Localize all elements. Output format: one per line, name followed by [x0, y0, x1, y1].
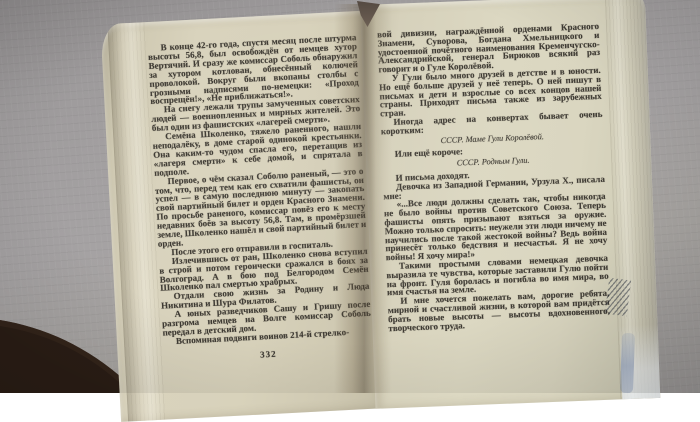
blue-ink-smudge: [620, 333, 635, 393]
open-book: В конце 42-го года, спустя месяц после ш…: [0, 0, 700, 393]
right-page: вой дивизии, награждённой орденами Красн…: [360, 0, 660, 393]
photo-scene: В конце 42-го года, спустя месяц после ш…: [0, 0, 700, 393]
pen-scribbles: [605, 278, 631, 316]
right-page-text: вой дивизии, награждённой орденами Красн…: [377, 22, 610, 333]
left-page: В конце 42-го года, спустя месяц после ш…: [100, 11, 385, 393]
paragraph: Первое, о чём сказал Соболю раненый, — э…: [154, 167, 366, 249]
left-page-text: В конце 42-го года, спустя месяц после ш…: [147, 33, 372, 364]
paragraph: И мне хочется пожелать вам, дорогие ребя…: [387, 289, 610, 333]
page-number: 332: [164, 344, 373, 364]
paragraph: «...Все люди должны сделать так, чтобы н…: [384, 192, 608, 262]
